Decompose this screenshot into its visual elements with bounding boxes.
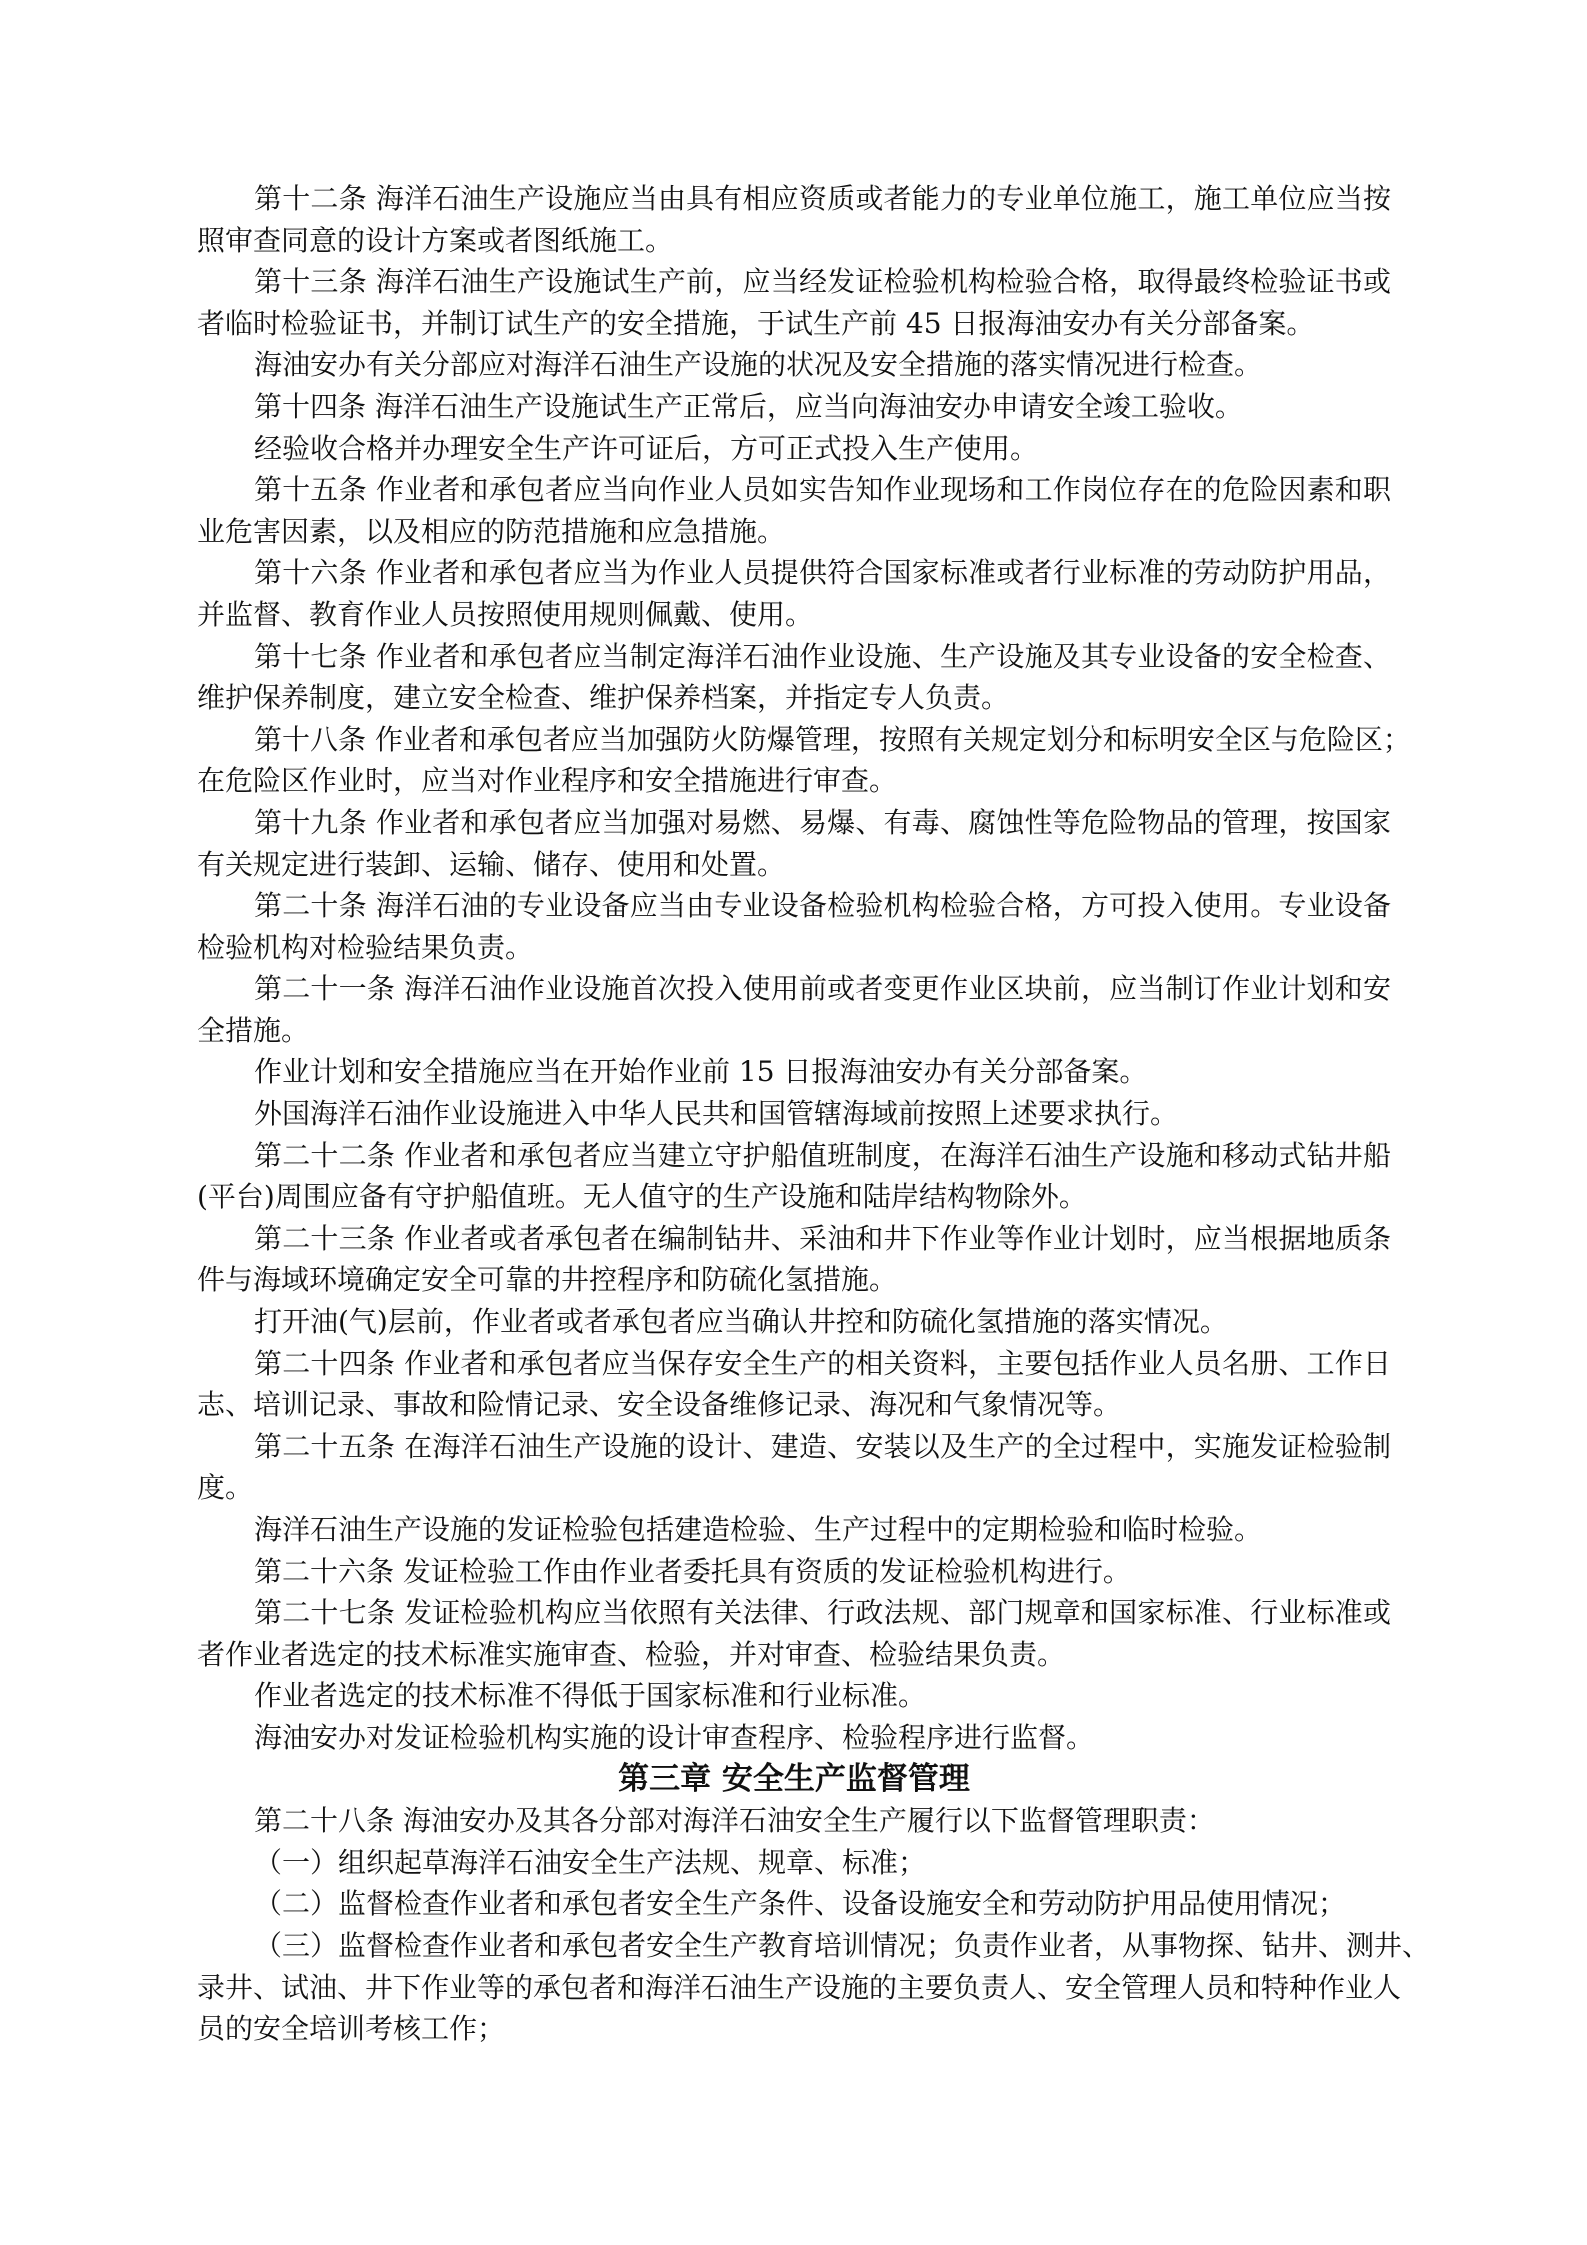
paragraph-line: 志、培训记录、事故和险情记录、安全设备维修记录、海况和气象情况等。 [197, 1384, 1391, 1426]
paragraph-line: 打开油(气)层前，作业者或者承包者应当确认井控和防硫化氢措施的落实情况。 [197, 1301, 1391, 1343]
article-paragraph: （二）监督检查作业者和承包者安全生产条件、设备设施安全和劳动防护用品使用情况； [197, 1883, 1391, 1925]
paragraph-line: 维护保养制度，建立安全检查、维护保养档案，并指定专人负责。 [197, 677, 1391, 719]
paragraph-line: 第二十二条 作业者和承包者应当建立守护船值班制度，在海洋石油生产设施和移动式钻井… [197, 1135, 1391, 1177]
paragraph-line: 第十四条 海洋石油生产设施试生产正常后，应当向海油安办申请安全竣工验收。 [197, 386, 1391, 428]
article-paragraph: 第二十五条 在海洋石油生产设施的设计、建造、安装以及生产的全过程中，实施发证检验… [197, 1426, 1391, 1509]
paragraph-line: 者临时检验证书，并制订试生产的安全措施，于试生产前 45 日报海油安办有关分部备… [197, 303, 1391, 345]
paragraph-line: 照审查同意的设计方案或者图纸施工。 [197, 220, 1391, 262]
article-paragraph: 第十三条 海洋石油生产设施试生产前，应当经发证检验机构检验合格，取得最终检验证书… [197, 261, 1391, 344]
paragraph-line: （一）组织起草海洋石油安全生产法规、规章、标准； [197, 1842, 1391, 1884]
paragraph-line: 检验机构对检验结果负责。 [197, 927, 1391, 969]
paragraph-line: 海洋石油生产设施的发证检验包括建造检验、生产过程中的定期检验和临时检验。 [197, 1509, 1391, 1551]
article-paragraph: 第二十条 海洋石油的专业设备应当由专业设备检验机构检验合格，方可投入使用。专业设… [197, 885, 1391, 968]
article-paragraph: 第十九条 作业者和承包者应当加强对易燃、易爆、有毒、腐蚀性等危险物品的管理，按国… [197, 802, 1391, 885]
paragraph-line: 海油安办对发证检验机构实施的设计审查程序、检验程序进行监督。 [197, 1717, 1391, 1759]
article-paragraph: 第十二条 海洋石油生产设施应当由具有相应资质或者能力的专业单位施工，施工单位应当… [197, 178, 1391, 261]
paragraph-line: 经验收合格并办理安全生产许可证后，方可正式投入生产使用。 [197, 428, 1391, 470]
article-paragraph: 打开油(气)层前，作业者或者承包者应当确认井控和防硫化氢措施的落实情况。 [197, 1301, 1391, 1343]
article-paragraph: 第十八条 作业者和承包者应当加强防火防爆管理，按照有关规定划分和标明安全区与危险… [197, 719, 1391, 802]
article-paragraph: 第二十八条 海油安办及其各分部对海洋石油安全生产履行以下监督管理职责： [197, 1800, 1391, 1842]
paragraph-line: 第二十六条 发证检验工作由作业者委托具有资质的发证检验机构进行。 [197, 1551, 1391, 1593]
paragraph-line: 第十九条 作业者和承包者应当加强对易燃、易爆、有毒、腐蚀性等危险物品的管理，按国… [197, 802, 1391, 844]
paragraph-line: 第十二条 海洋石油生产设施应当由具有相应资质或者能力的专业单位施工，施工单位应当… [197, 178, 1391, 220]
paragraph-line: 录井、试油、井下作业等的承包者和海洋石油生产设施的主要负责人、安全管理人员和特种… [197, 1967, 1391, 2009]
paragraph-line: 海油安办有关分部应对海洋石油生产设施的状况及安全措施的落实情况进行检查。 [197, 344, 1391, 386]
paragraph-line: （二）监督检查作业者和承包者安全生产条件、设备设施安全和劳动防护用品使用情况； [197, 1883, 1391, 1925]
paragraph-line: 外国海洋石油作业设施进入中华人民共和国管辖海域前按照上述要求执行。 [197, 1093, 1391, 1135]
article-paragraph: 第十七条 作业者和承包者应当制定海洋石油作业设施、生产设施及其专业设备的安全检查… [197, 636, 1391, 719]
paragraph-line: 第十六条 作业者和承包者应当为作业人员提供符合国家标准或者行业标准的劳动防护用品… [197, 552, 1391, 594]
article-paragraph: 海洋石油生产设施的发证检验包括建造检验、生产过程中的定期检验和临时检验。 [197, 1509, 1391, 1551]
paragraph-line: 第二十五条 在海洋石油生产设施的设计、建造、安装以及生产的全过程中，实施发证检验… [197, 1426, 1391, 1468]
article-paragraph: 第十五条 作业者和承包者应当向作业人员如实告知作业现场和工作岗位存在的危险因素和… [197, 469, 1391, 552]
article-paragraph: 作业计划和安全措施应当在开始作业前 15 日报海油安办有关分部备案。 [197, 1051, 1391, 1093]
article-paragraph: 经验收合格并办理安全生产许可证后，方可正式投入生产使用。 [197, 428, 1391, 470]
paragraph-line: 者作业者选定的技术标准实施审查、检验，并对审查、检验结果负责。 [197, 1634, 1391, 1676]
article-paragraph: 海油安办对发证检验机构实施的设计审查程序、检验程序进行监督。 [197, 1717, 1391, 1759]
paragraph-line: 第十七条 作业者和承包者应当制定海洋石油作业设施、生产设施及其专业设备的安全检查… [197, 636, 1391, 678]
article-paragraph: 第二十六条 发证检验工作由作业者委托具有资质的发证检验机构进行。 [197, 1551, 1391, 1593]
paragraph-line: 第二十八条 海油安办及其各分部对海洋石油安全生产履行以下监督管理职责： [197, 1800, 1391, 1842]
paragraph-line: 作业计划和安全措施应当在开始作业前 15 日报海油安办有关分部备案。 [197, 1051, 1391, 1093]
paragraph-line: 第二十七条 发证检验机构应当依照有关法律、行政法规、部门规章和国家标准、行业标准… [197, 1592, 1391, 1634]
article-paragraph: 作业者选定的技术标准不得低于国家标准和行业标准。 [197, 1675, 1391, 1717]
paragraph-line: 作业者选定的技术标准不得低于国家标准和行业标准。 [197, 1675, 1391, 1717]
article-paragraph: 海油安办有关分部应对海洋石油生产设施的状况及安全措施的落实情况进行检查。 [197, 344, 1391, 386]
paragraph-line: 并监督、教育作业人员按照使用规则佩戴、使用。 [197, 594, 1391, 636]
article-paragraph: 第十四条 海洋石油生产设施试生产正常后，应当向海油安办申请安全竣工验收。 [197, 386, 1391, 428]
article-paragraph: 第十六条 作业者和承包者应当为作业人员提供符合国家标准或者行业标准的劳动防护用品… [197, 552, 1391, 635]
article-paragraph: 外国海洋石油作业设施进入中华人民共和国管辖海域前按照上述要求执行。 [197, 1093, 1391, 1135]
article-paragraph: 第二十二条 作业者和承包者应当建立守护船值班制度，在海洋石油生产设施和移动式钻井… [197, 1135, 1391, 1218]
article-paragraph: 第二十四条 作业者和承包者应当保存安全生产的相关资料，主要包括作业人员名册、工作… [197, 1343, 1391, 1426]
paragraph-line: 第二十一条 海洋石油作业设施首次投入使用前或者变更作业区块前，应当制订作业计划和… [197, 968, 1391, 1010]
paragraph-line: 业危害因素，以及相应的防范措施和应急措施。 [197, 511, 1391, 553]
article-paragraph: （三）监督检查作业者和承包者安全生产教育培训情况；负责作业者，从事物探、钻井、测… [197, 1925, 1391, 2050]
paragraph-line: 第十三条 海洋石油生产设施试生产前，应当经发证检验机构检验合格，取得最终检验证书… [197, 261, 1391, 303]
paragraph-line: 第二十三条 作业者或者承包者在编制钻井、采油和井下作业等作业计划时，应当根据地质… [197, 1218, 1391, 1260]
paragraph-line: 全措施。 [197, 1010, 1391, 1052]
paragraph-line: 第二十条 海洋石油的专业设备应当由专业设备检验机构检验合格，方可投入使用。专业设… [197, 885, 1391, 927]
document-page: 第十二条 海洋石油生产设施应当由具有相应资质或者能力的专业单位施工，施工单位应当… [197, 178, 1391, 2050]
paragraph-line: 有关规定进行装卸、运输、储存、使用和处置。 [197, 844, 1391, 886]
article-paragraph: 第二十一条 海洋石油作业设施首次投入使用前或者变更作业区块前，应当制订作业计划和… [197, 968, 1391, 1051]
paragraph-line: 员的安全培训考核工作； [197, 2008, 1391, 2050]
paragraph-line: (平台)周围应备有守护船值班。无人值守的生产设施和陆岸结构物除外。 [197, 1176, 1391, 1218]
paragraph-line: 第十五条 作业者和承包者应当向作业人员如实告知作业现场和工作岗位存在的危险因素和… [197, 469, 1391, 511]
paragraph-line: 度。 [197, 1467, 1391, 1509]
paragraph-line: （三）监督检查作业者和承包者安全生产教育培训情况；负责作业者，从事物探、钻井、测… [197, 1925, 1391, 1967]
paragraph-line: 在危险区作业时，应当对作业程序和安全措施进行审查。 [197, 760, 1391, 802]
paragraph-line: 件与海域环境确定安全可靠的井控程序和防硫化氢措施。 [197, 1259, 1391, 1301]
article-paragraph: （一）组织起草海洋石油安全生产法规、规章、标准； [197, 1842, 1391, 1884]
paragraph-line: 第十八条 作业者和承包者应当加强防火防爆管理，按照有关规定划分和标明安全区与危险… [197, 719, 1391, 761]
paragraph-line: 第二十四条 作业者和承包者应当保存安全生产的相关资料，主要包括作业人员名册、工作… [197, 1343, 1391, 1385]
chapter-heading: 第三章 安全生产监督管理 [197, 1759, 1391, 1801]
article-paragraph: 第二十七条 发证检验机构应当依照有关法律、行政法规、部门规章和国家标准、行业标准… [197, 1592, 1391, 1675]
article-paragraph: 第二十三条 作业者或者承包者在编制钻井、采油和井下作业等作业计划时，应当根据地质… [197, 1218, 1391, 1301]
